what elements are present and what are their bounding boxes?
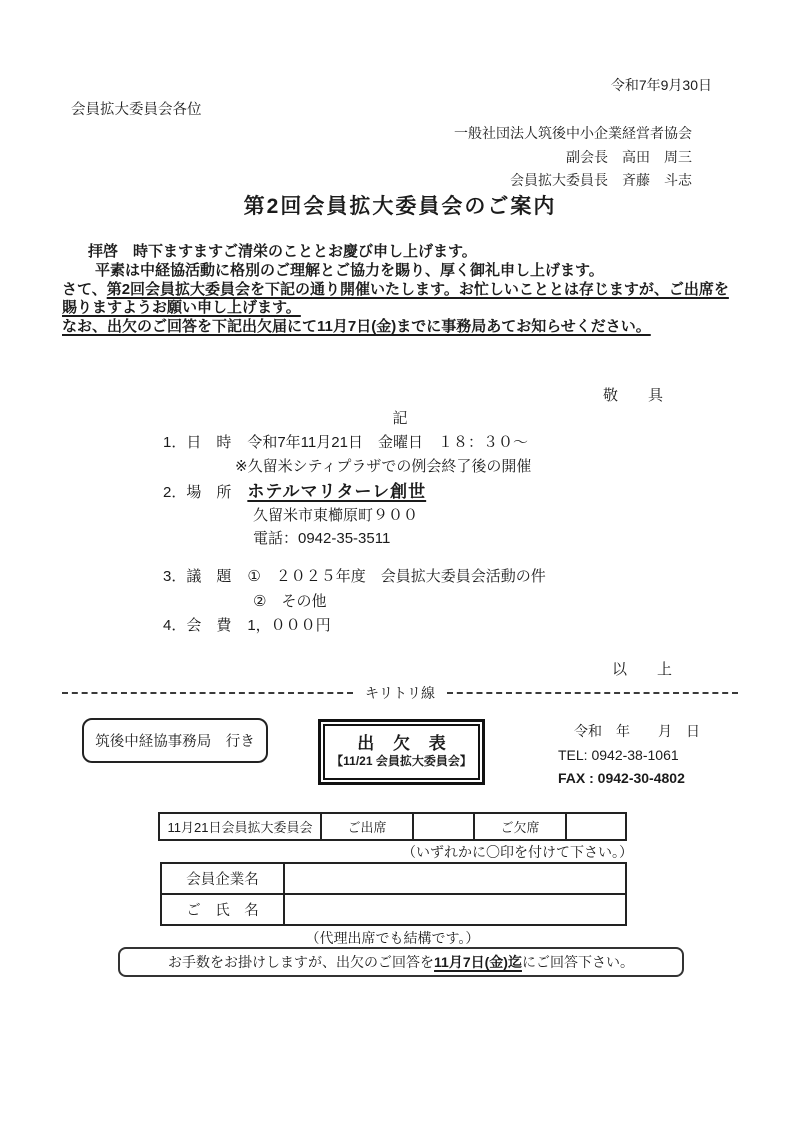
reply-addressed-to: 筑後中経協事務局 行き — [95, 730, 255, 751]
cut-line: キリトリ線 — [62, 683, 738, 703]
body-text: 拝啓 時下ますますご清栄のこととお慶び申し上げます。 平素は中経協活動に格別のご… — [62, 243, 738, 337]
absent-label-cell: ご欠席 — [474, 813, 566, 840]
sender-vice-chair: 副会長 高田 周三 — [454, 146, 692, 170]
name-value-cell — [284, 894, 626, 925]
proxy-note: （代理出席でも結構です。） — [160, 928, 625, 948]
greeting-paragraph: 拝啓 時下ますますご清栄のこととお慶び申し上げます。 — [62, 243, 738, 262]
detail-place: 2．場 所ホテルマリターレ創世 — [163, 477, 426, 502]
company-label-cell: 会員企業名 — [161, 863, 284, 894]
attendance-table: 11月21日会員拡大委員会 ご出席 ご欠席 — [158, 812, 627, 841]
detail-datetime-value: 令和7年11月21日 金曜日 １８：３０～ — [247, 434, 528, 451]
respondent-table: 会員企業名 ご 氏 名 — [160, 862, 627, 926]
reply-fax: FAX : 0942-30-4802 — [558, 767, 700, 791]
attendance-sheet-box-inner: 出 欠 表 【11/21 会員拡大委員会】 — [323, 724, 480, 780]
announcement-paragraph: さて、第2回会員拡大委員会を下記の通り開催いたします。お忙しいこととは存じますが… — [62, 281, 738, 319]
reply-request-underlined: なお、出欠のご回答を下記出欠届にて11月7日(金)までに事務局あてお知らせくださ… — [62, 318, 651, 335]
announcement-prefix: さて、 — [62, 281, 107, 298]
deadline-date: 11月7日(金)迄 — [434, 952, 522, 972]
detail-datetime-label: 1．日 時 — [163, 431, 231, 452]
deadline-box: お手数をお掛けしますが、出欠のご回答を 11月7日(金)迄にご回答下さい。 — [118, 947, 684, 977]
detail-agenda: 3．議 題① ２０２５年度 会員拡大委員会活動の件 — [163, 565, 546, 586]
reply-contact-block: 令和 年 月 日 TEL: 0942-38-1061 FAX : 0942-30… — [558, 720, 700, 791]
name-row: ご 氏 名 — [161, 894, 626, 925]
detail-agenda-label: 3．議 題 — [163, 565, 231, 586]
detail-agenda-item1: ① ２０２５年度 会員拡大委員会活動の件 — [247, 568, 545, 585]
detail-fee-value: 1，０００円 — [247, 617, 330, 634]
detail-place-address: 久留米市東櫛原町９００ — [253, 504, 418, 525]
attendance-table-row: 11月21日会員拡大委員会 ご出席 ご欠席 — [159, 813, 626, 840]
detail-place-value: ホテルマリターレ創世 — [247, 482, 426, 501]
cut-line-dash-left — [62, 692, 353, 694]
name-label-cell: ご 氏 名 — [161, 894, 284, 925]
attendance-event-cell: 11月21日会員拡大委員会 — [159, 813, 321, 840]
circle-instruction: （いずれかに〇印を付けて下さい。） — [402, 842, 633, 862]
sender-block: 一般社団法人筑後中小企業経営者協会 副会長 高田 周三 会員拡大委員長 斉藤 斗… — [454, 122, 692, 193]
detail-fee-label: 4．会 費 — [163, 614, 231, 635]
company-row: 会員企業名 — [161, 863, 626, 894]
sender-committee-chair: 会員拡大委員長 斉藤 斗志 — [454, 169, 692, 193]
detail-agenda-item2: ② その他 — [253, 590, 326, 611]
absent-mark-cell — [566, 813, 626, 840]
reply-request-paragraph: なお、出欠のご回答を下記出欠届にて11月7日(金)までに事務局あてお知らせくださ… — [62, 318, 738, 337]
document-page: 令和7年9月30日 会員拡大委員会各位 一般社団法人筑後中小企業経営者協会 副会… — [0, 0, 800, 1132]
reply-tel: TEL: 0942-38-1061 — [558, 744, 700, 768]
detail-datetime: 1．日 時令和7年11月21日 金曜日 １８：３０～ — [163, 431, 528, 452]
detail-datetime-note: ※久留米シティプラザでの例会終了後の開催 — [235, 455, 531, 476]
attendance-sheet-title: 出 欠 表 — [350, 735, 452, 754]
deadline-suffix: にご回答下さい。 — [522, 952, 634, 972]
company-value-cell — [284, 863, 626, 894]
thanks-paragraph: 平素は中経協活動に格別のご理解とご協力を賜り、厚く御礼申し上げます。 — [62, 262, 738, 281]
reply-date-line: 令和 年 月 日 — [558, 720, 700, 744]
sender-organization: 一般社団法人筑後中小企業経営者協会 — [454, 122, 692, 146]
issue-date: 令和7年9月30日 — [611, 75, 712, 95]
attend-label-cell: ご出席 — [321, 813, 413, 840]
attendance-sheet-subtitle: 【11/21 会員拡大委員会】 — [325, 754, 478, 768]
attendance-sheet-box: 出 欠 表 【11/21 会員拡大委員会】 — [318, 719, 485, 785]
announcement-underlined: 第2回会員拡大委員会を下記の通り開催いたします。お忙しいこととは存じますが、ご出… — [62, 281, 729, 317]
closing-word: 敬 具 — [603, 384, 663, 405]
detail-fee: 4．会 費1，０００円 — [163, 614, 331, 635]
attend-mark-cell — [413, 813, 474, 840]
reply-addressed-to-box: 筑後中経協事務局 行き — [82, 718, 268, 763]
cut-line-label: キリトリ線 — [353, 683, 447, 703]
detail-place-tel: 電話：0942-35-3511 — [253, 527, 390, 548]
record-heading: 記 — [0, 407, 800, 428]
end-mark: 以 上 — [612, 658, 672, 679]
deadline-prefix: お手数をお掛けしますが、出欠のご回答を — [168, 952, 434, 972]
detail-place-label: 2．場 所 — [163, 481, 231, 502]
document-title: 第2回会員拡大委員会のご案内 — [0, 190, 800, 220]
cut-line-dash-right — [447, 692, 738, 694]
addressee: 会員拡大委員会各位 — [71, 98, 202, 119]
